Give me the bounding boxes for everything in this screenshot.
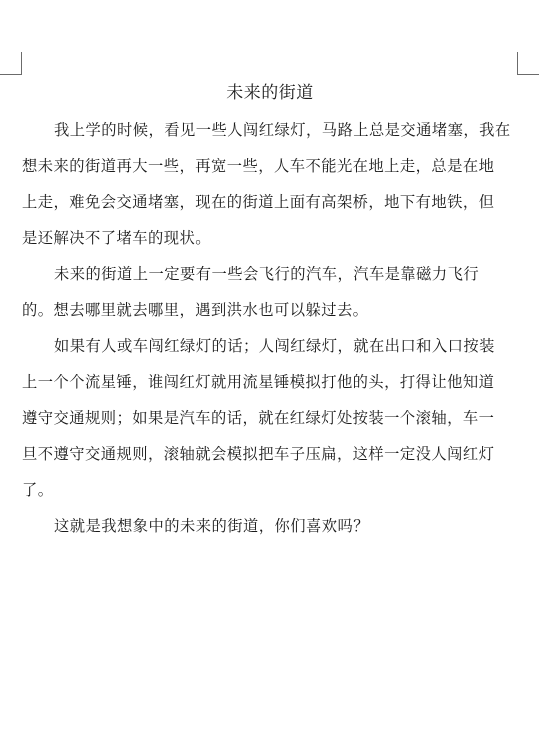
paragraph-line: 这就是我想象中的未来的街道，你们喜欢吗？ <box>22 514 518 550</box>
paragraph-line: 上一个个流星锤，谁闯红灯就用流星锤模拟打他的头，打得让他知道 <box>22 370 518 406</box>
paragraph-line: 上走，难免会交通堵塞，现在的街道上面有高架桥，地下有地铁，但 <box>22 190 518 226</box>
paragraph-line: 未来的街道上一定要有一些会飞行的汽车，汽车是靠磁力飞行 <box>22 262 518 298</box>
paragraph-line: 了。 <box>22 478 518 514</box>
paragraph-line: 旦不遵守交通规则，滚轴就会模拟把车子压扁，这样一定没人闯红灯 <box>22 442 518 478</box>
crop-mark-top-left <box>0 52 22 75</box>
paragraph-line: 遵守交通规则；如果是汽车的话，就在红绿灯处按装一个滚轴，车一 <box>22 406 518 442</box>
paragraph-line: 我上学的时候，看见一些人闯红绿灯，马路上总是交通堵塞，我在 <box>22 118 518 154</box>
paragraph-line: 是还解决不了堵车的现状。 <box>22 226 518 262</box>
paragraph-line: 如果有人或车闯红绿灯的话；人闯红绿灯，就在出口和入口按装 <box>22 334 518 370</box>
paragraph-3: 如果有人或车闯红绿灯的话；人闯红绿灯，就在出口和入口按装 上一个个流星锤，谁闯红… <box>22 334 518 514</box>
document-body: 未来的街道 我上学的时候，看见一些人闯红绿灯，马路上总是交通堵塞，我在 想未来的… <box>22 78 518 550</box>
paragraph-2: 未来的街道上一定要有一些会飞行的汽车，汽车是靠磁力飞行 的。想去哪里就去哪里，遇… <box>22 262 518 334</box>
document-title: 未来的街道 <box>22 78 518 108</box>
paragraph-4: 这就是我想象中的未来的街道，你们喜欢吗？ <box>22 514 518 550</box>
paragraph-1: 我上学的时候，看见一些人闯红绿灯，马路上总是交通堵塞，我在 想未来的街道再大一些… <box>22 118 518 262</box>
paragraph-line: 的。想去哪里就去哪里，遇到洪水也可以躲过去。 <box>22 298 518 334</box>
paragraph-line: 想未来的街道再大一些，再宽一些，人车不能光在地上走，总是在地 <box>22 154 518 190</box>
crop-mark-top-right <box>517 52 539 75</box>
